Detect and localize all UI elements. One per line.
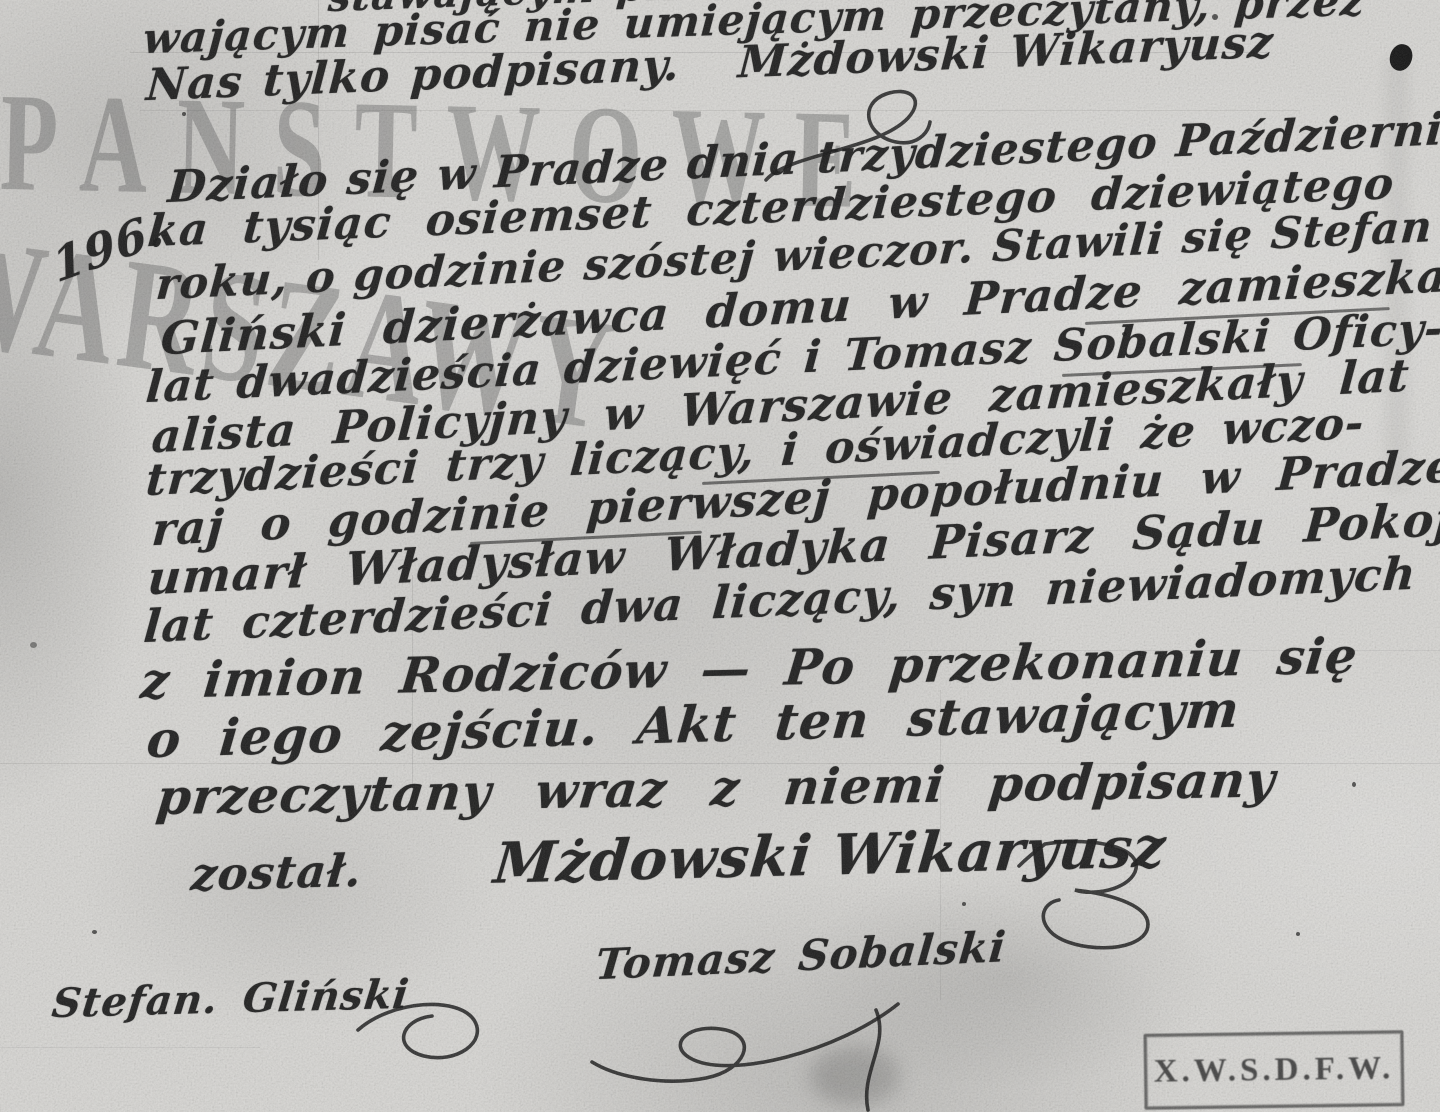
scan-line-horizontal [140, 110, 1300, 111]
archive-stamp: X.W.S.D.F.W. [1143, 1030, 1404, 1110]
ink-smudge [810, 1046, 900, 1106]
act-closing-word: został. [189, 844, 365, 901]
witness-signature-tomasz-sobalski: Tomasz Sobalski [593, 922, 1008, 989]
dust-speck [1352, 782, 1356, 787]
dust-speck [1122, 332, 1127, 336]
ink-blot [1387, 41, 1416, 73]
act-closing-line: został. Mżdowski Wikaryusz [189, 814, 1170, 904]
scanned-death-record-page: PANSTWOWE WARSZAWY 196. stawającym pisać… [0, 0, 1440, 1112]
archive-stamp-text: X.W.S.D.F.W. [1153, 1050, 1394, 1090]
dust-speck [1296, 932, 1300, 936]
scan-line-horizontal [0, 1047, 260, 1048]
dust-speck [1212, 14, 1218, 20]
dust-speck [30, 642, 37, 648]
priest-signature-bottom: Mżdowski Wikaryusz [491, 814, 1169, 897]
dust-speck [92, 930, 97, 934]
witness-signature-stefan-glinski: Stefan. Gliński [50, 971, 412, 1028]
dust-speck [182, 112, 186, 116]
dust-speck [962, 902, 966, 906]
